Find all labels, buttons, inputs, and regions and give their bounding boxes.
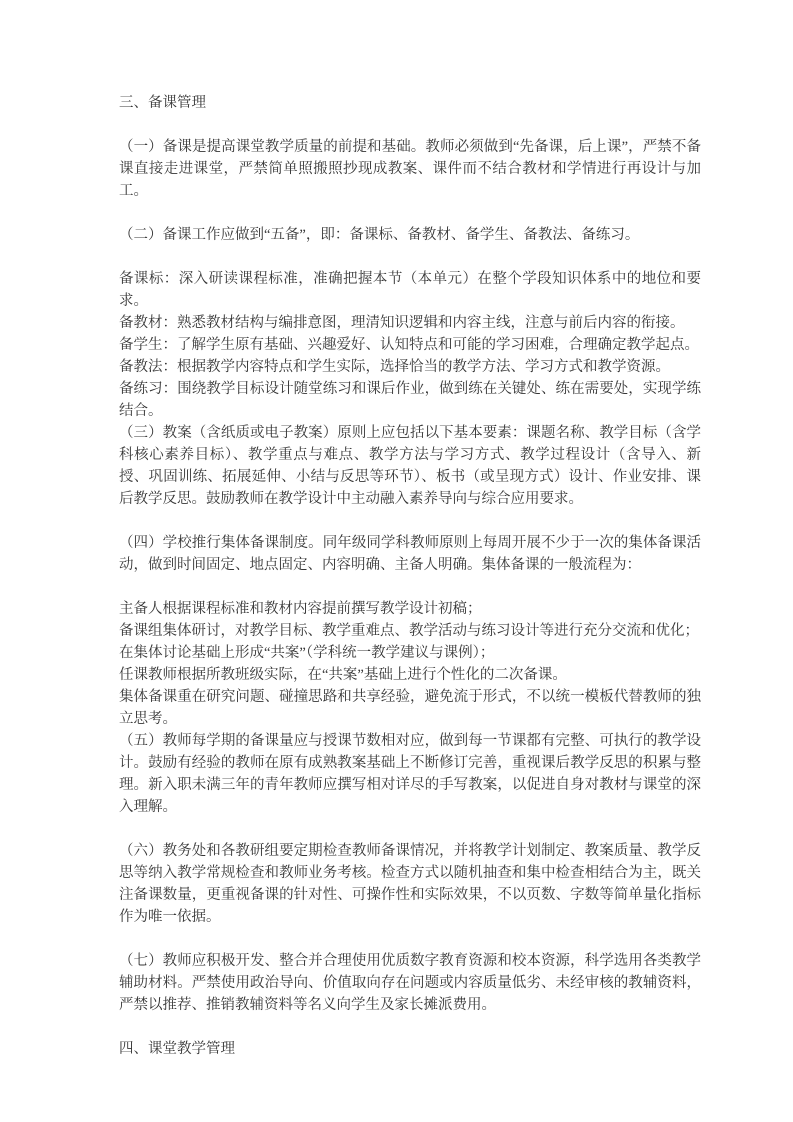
paragraph-5: （五）教师每学期的备课量应与授课节数相对应，做到每一节课都有完整、可执行的教学设… [119, 730, 701, 818]
flow-step-4: 任课教师根据所教班级实际，在“共案”基础上进行个性化的二次备课。 [119, 664, 701, 686]
section-heading-lesson-prep: 三、备课管理 [119, 92, 701, 114]
list-item-beijiaofa: 备教法：根据教学内容特点和学生实际，选择恰当的教学方法、学习方式和教学资源。 [119, 356, 701, 378]
flow-note: 集体备课重在研究问题、碰撞思路和共享经验，避免流于形式，不以统一模板代替教师的独… [119, 686, 701, 730]
page: { "page": { "background": "#ffffff", "te… [0, 0, 793, 1122]
list-item-beikebiao: 备课标：深入研读课程标准，准确把握本节（本单元）在整个学段知识体系中的地位和要求… [119, 268, 701, 312]
flow-step-3: 在集体讨论基础上形成“共案”（学科统一教学建议与课例）； [119, 642, 701, 664]
paragraph-7: （七）教师应积极开发、整合并合理使用优质数字教育资源和校本资源，科学选用各类教学… [119, 950, 701, 1016]
paragraph-3: （三）教案（含纸质或电子教案）原则上应包括以下基本要素：课题名称、教学目标（含学… [119, 422, 701, 510]
flow-step-1: 主备人根据课程标准和教材内容提前撰写教学设计初稿； [119, 598, 701, 620]
section-heading-classroom-teaching: 四、课堂教学管理 [119, 1038, 701, 1060]
document-page: 三、备课管理 （一）备课是提高课堂教学质量的前提和基础。教师必须做到“先备课，后… [0, 0, 793, 1122]
paragraph-6: （六）教务处和各教研组要定期检查教师备课情况，并将教学计划制定、教案质量、教学反… [119, 840, 701, 928]
list-item-beilianxi: 备练习：围绕教学目标设计随堂练习和课后作业，做到练在关键处、练在需要处，实现学练… [119, 378, 701, 422]
paragraph-1: （一）备课是提高课堂教学质量的前提和基础。教师必须做到“先备课，后上课”，严禁不… [119, 136, 701, 202]
document-body: 三、备课管理 （一）备课是提高课堂教学质量的前提和基础。教师必须做到“先备课，后… [119, 92, 701, 1060]
list-item-beijiaocai: 备教材：熟悉教材结构与编排意图，理清知识逻辑和内容主线，注意与前后内容的衔接。 [119, 312, 701, 334]
paragraph-2: （二）备课工作应做到“五备”，即：备课标、备教材、备学生、备教法、备练习。 [119, 224, 701, 246]
list-item-beixuesheng: 备学生：了解学生原有基础、兴趣爱好、认知特点和可能的学习困难，合理确定教学起点。 [119, 334, 701, 356]
flow-step-2: 备课组集体研讨，对教学目标、教学重难点、教学活动与练习设计等进行充分交流和优化； [119, 620, 701, 642]
paragraph-4: （四）学校推行集体备课制度。同年级同学科教师原则上每周开展不少于一次的集体备课活… [119, 532, 701, 576]
